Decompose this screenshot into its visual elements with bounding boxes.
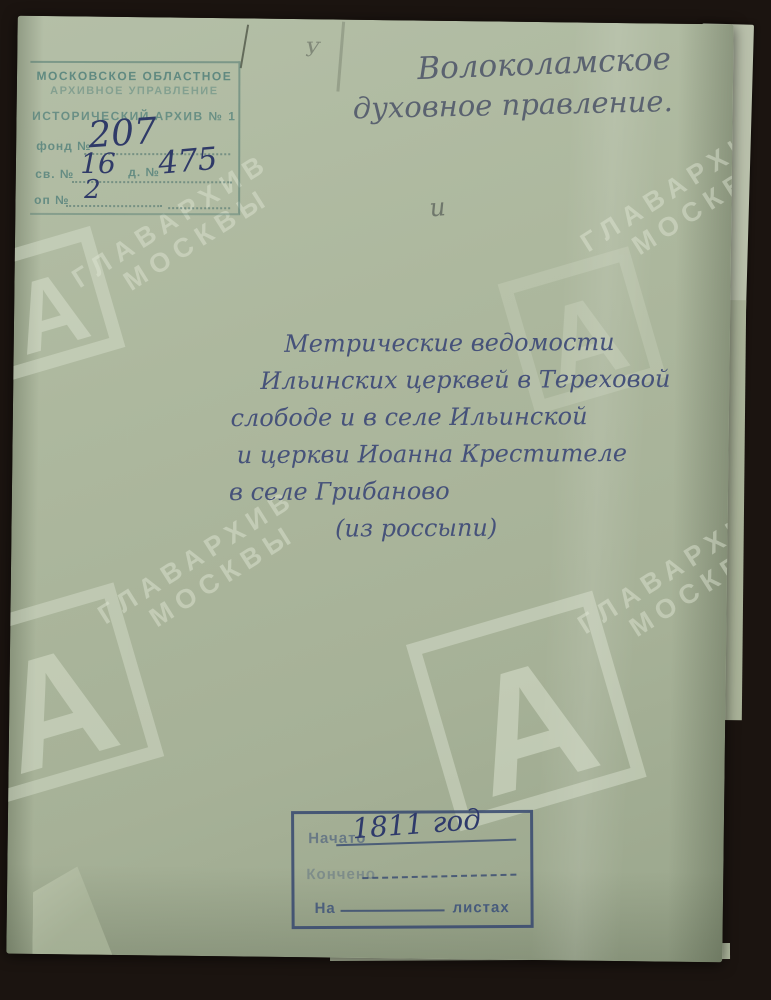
sv-label: св. № bbox=[35, 167, 74, 181]
stamp-org-line1: МОСКОВСКОЕ ОБЛАСТНОЕ bbox=[30, 69, 238, 83]
title-line: Ильинских церквей в Тереховой bbox=[260, 361, 670, 400]
handwritten-title: Метрические ведомости Ильинских церквей … bbox=[226, 324, 671, 548]
heading-handwriting-line2: духовное правление. bbox=[352, 84, 673, 125]
logo-letter: А bbox=[449, 628, 613, 823]
delo-value: 475 bbox=[157, 141, 219, 182]
started-value-handwriting: 1811 год bbox=[351, 803, 482, 846]
finished-label: Кончено bbox=[306, 866, 376, 883]
archive-folder-cover: А ГЛАВАРХИВ МОСКВЫ А ГЛАВАРХИВ МОСКВЫ А … bbox=[6, 16, 733, 963]
op-value: 2 bbox=[84, 175, 101, 205]
dates-stamp-box: Начато 1811 год Кончено На листах bbox=[291, 810, 534, 929]
title-line: (из россыпи) bbox=[335, 509, 671, 548]
stamp-org-line2: АРХИВНОЕ УПРАВЛЕНИЕ bbox=[30, 85, 238, 97]
title-line: слободе и в селе Ильинской bbox=[230, 398, 670, 437]
title-line: Метрические ведомости bbox=[284, 324, 670, 363]
op-label: оп № bbox=[34, 193, 69, 207]
pencil-mark-top: У bbox=[305, 37, 320, 61]
op-line-2 bbox=[168, 207, 230, 209]
op-line bbox=[66, 205, 162, 207]
paper-tear bbox=[240, 25, 249, 69]
finished-line bbox=[362, 874, 516, 879]
title-line: в селе Грибаново bbox=[229, 472, 671, 511]
corner-fold bbox=[32, 866, 113, 955]
sheets-prefix-label: На bbox=[315, 900, 336, 917]
pencil-mark-middle: и bbox=[428, 192, 447, 222]
archive-office-stamp: МОСКОВСКОЕ ОБЛАСТНОЕ АРХИВНОЕ УПРАВЛЕНИЕ… bbox=[30, 61, 240, 215]
title-line: и церкви Иоанна Крестителе bbox=[237, 435, 671, 474]
logo-letter: А bbox=[6, 618, 131, 798]
delo-label: д. № bbox=[128, 165, 160, 179]
sheets-suffix-label: листах bbox=[453, 899, 510, 916]
paper-crease bbox=[336, 22, 345, 92]
sheets-line bbox=[341, 909, 445, 912]
